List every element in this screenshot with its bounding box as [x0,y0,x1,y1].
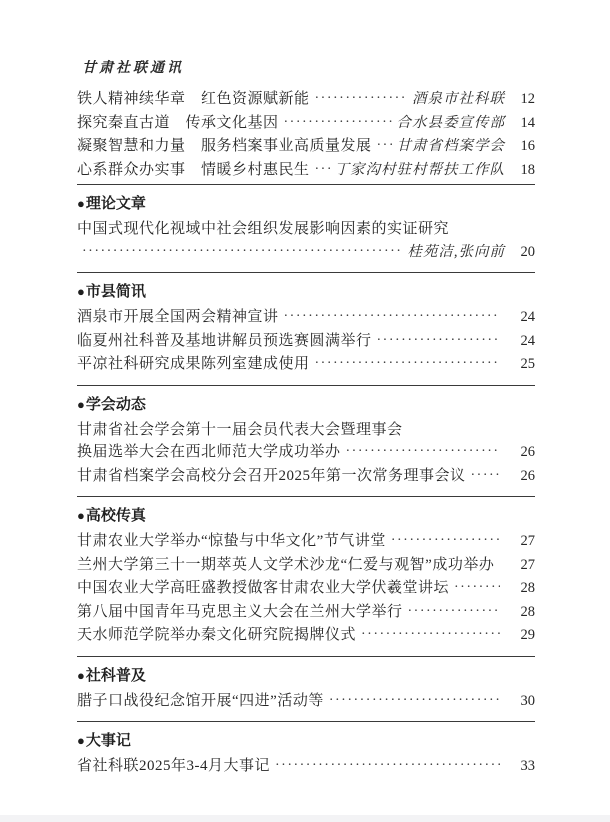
entry-attribution: 酒泉市社科联 [412,88,505,112]
bullet-icon: ● [77,732,85,749]
entry-page-number: 30 [513,690,535,713]
toc-entry: 甘肃省社会学会第十一届会员代表大会暨理事会 [77,419,535,442]
section-heading: ● 理论文章 [77,195,535,212]
toc-entry: 甘肃农业大学举办“惊蛰与中华文化”节气讲堂 ··················… [77,530,535,554]
dot-leader: ········································… [329,690,500,713]
dot-leader: ········································… [275,755,500,778]
dot-leader: ········································… [454,577,500,600]
section-chronicle: ● 大事记 省社科联2025年3-4月大事记 ·················… [77,721,535,787]
entry-page-number: 28 [513,601,535,624]
entry-page-number: 18 [513,159,535,183]
entry-attribution: 甘肃省档案学会 [397,135,506,159]
entry-title: 甘肃农业大学举办“惊蛰与中华文化”节气讲堂 [77,530,386,553]
dot-leader: ········································… [82,241,402,264]
dot-leader: ········································… [499,554,500,577]
entry-page-number: 12 [513,88,535,112]
toc-entry: 甘肃省档案学会高校分会召开2025年第一次常务理事会议 ············… [77,465,535,489]
toc-entry: 铁人精神续华章 红色资源赋新能 ························… [77,88,535,112]
toc-entry: 平凉社科研究成果陈列室建成使用 ························… [77,353,535,377]
section-society-news: ● 学会动态 甘肃省社会学会第十一届会员代表大会暨理事会 换届选举大会在西北师范… [77,385,535,497]
toc-entry-continuation: 换届选举大会在西北师范大学成功举办 ······················… [77,441,535,465]
toc-entry: 兰州大学第三十一期萃英人文学术沙龙“仁爱与观智”成功举办 ···········… [77,554,535,578]
toc-entry-continuation: ········································… [77,241,535,265]
entry-page-number: 24 [513,330,535,353]
section-city-county-briefs: ● 市县简讯 酒泉市开展全国两会精神宣讲 ···················… [77,272,535,385]
toc-entry: 天水师范学院举办秦文化研究院揭牌仪式 ·····················… [77,624,535,648]
entry-title: 中国式现代化视域中社会组织发展影响因素的实证研究 [77,218,449,241]
bullet-icon: ● [77,507,85,524]
entry-attribution: 丁家沟村驻村帮扶工作队 [335,159,506,183]
toc-entry: 探究秦直古道 传承文化基因 ··························… [77,112,535,136]
entry-page-number: 14 [513,112,535,136]
dot-leader: ········································… [361,624,500,647]
entry-page-number: 28 [513,577,535,600]
entry-title: 甘肃省社会学会第十一届会员代表大会暨理事会 [77,419,403,442]
dot-leader: ········································… [284,306,500,329]
entry-page-number: 24 [513,306,535,329]
section-heading: ● 社科普及 [77,667,535,684]
section-social-science-popularization: ● 社科普及 腊子口战役纪念馆开展“四进”活动等 ···············… [77,656,535,722]
entry-attribution: 桂苑洁,张向前 [407,241,505,264]
masthead-title: 甘肃社联通讯 [82,58,535,78]
section-heading: ● 市县简讯 [77,283,535,300]
entry-title: 临夏州社科普及基地讲解员预选赛圆满举行 [77,330,372,353]
entry-title: 换届选举大会在西北师范大学成功举办 [77,441,341,464]
entry-page-number: 26 [513,465,535,488]
entry-title: 铁人精神续华章 红色资源赋新能 [77,88,310,112]
section-title: 市县简讯 [86,283,146,300]
entry-title: 腊子口战役纪念馆开展“四进”活动等 [77,690,324,713]
entry-title: 省社科联2025年3-4月大事记 [77,755,270,778]
dot-leader: ········································… [315,353,500,376]
entry-page-number: 16 [513,135,535,159]
entry-page-number: 20 [513,241,535,264]
front-toc-list: 铁人精神续华章 红色资源赋新能 ························… [77,88,535,182]
section-university-news: ● 高校传真 甘肃农业大学举办“惊蛰与中华文化”节气讲堂 ···········… [77,496,535,656]
toc-entry: 凝聚智慧和力量 服务档案事业高质量发展 ····················… [77,135,535,159]
toc-entry: 腊子口战役纪念馆开展“四进”活动等 ······················… [77,690,535,714]
section-title: 学会动态 [86,396,146,413]
bullet-icon: ● [77,396,85,413]
dot-leader: ········································… [346,441,500,464]
page-edge-shadow [0,815,610,822]
entry-title: 兰州大学第三十一期萃英人文学术沙龙“仁爱与观智”成功举办 [77,554,494,577]
entry-title: 天水师范学院举办秦文化研究院揭牌仪式 [77,624,356,647]
entry-page-number: 25 [513,353,535,376]
bullet-icon: ● [77,667,85,684]
toc-entry: 第八届中国青年马克思主义大会在兰州大学举行 ··················… [77,601,535,625]
entry-title: 心系群众办实事 情暖乡村惠民生 [77,159,310,183]
dot-leader: ········································… [315,158,330,182]
entry-page-number: 27 [513,530,535,553]
entry-title: 平凉社科研究成果陈列室建成使用 [77,353,310,376]
entry-page-number: 26 [513,441,535,464]
section-title: 高校传真 [86,507,146,524]
entry-title: 探究秦直古道 传承文化基因 [77,112,279,136]
section-heading: ● 大事记 [77,732,535,749]
entry-title: 凝聚智慧和力量 服务档案事业高质量发展 [77,135,372,159]
dot-leader: ········································… [471,465,500,488]
entry-title: 酒泉市开展全国两会精神宣讲 [77,306,279,329]
entry-page-number: 29 [513,624,535,647]
entry-title: 中国农业大学高旺盛教授做客甘肃农业大学伏羲堂讲坛 [77,577,449,600]
dot-leader: ········································… [391,530,500,553]
dot-leader: ········································… [377,134,392,158]
entry-title: 第八届中国青年马克思主义大会在兰州大学举行 [77,601,403,624]
toc-entry: 省社科联2025年3-4月大事记 ·······················… [77,755,535,779]
dot-leader: ········································… [408,601,500,624]
entry-page-number: 33 [513,755,535,778]
section-theory-articles: ● 理论文章 中国式现代化视域中社会组织发展影响因素的实证研究 ········… [77,184,535,272]
section-heading: ● 高校传真 [77,507,535,524]
entry-title: 甘肃省档案学会高校分会召开2025年第一次常务理事会议 [77,465,466,488]
bullet-icon: ● [77,283,85,300]
bullet-icon: ● [77,195,85,212]
entry-page-number: 27 [513,554,535,577]
toc-entry: 中国式现代化视域中社会组织发展影响因素的实证研究 [77,218,535,241]
toc-entry: 中国农业大学高旺盛教授做客甘肃农业大学伏羲堂讲坛 ···············… [77,577,535,601]
section-title: 理论文章 [86,195,146,212]
toc-page: 甘肃社联通讯 铁人精神续华章 红色资源赋新能 ·················… [0,0,610,822]
dot-leader: ········································… [315,87,407,111]
toc-entry: 心系群众办实事 情暖乡村惠民生 ························… [77,159,535,183]
section-heading: ● 学会动态 [77,396,535,413]
section-title: 大事记 [86,732,131,749]
dot-leader: ········································… [284,111,392,135]
section-title: 社科普及 [86,667,146,684]
toc-content: 甘肃社联通讯 铁人精神续华章 红色资源赋新能 ·················… [77,0,535,787]
dot-leader: ········································… [377,330,500,353]
toc-entry: 临夏州社科普及基地讲解员预选赛圆满举行 ····················… [77,330,535,354]
toc-entry: 酒泉市开展全国两会精神宣讲 ··························… [77,306,535,330]
entry-attribution: 合水县委宣传部 [397,112,506,136]
